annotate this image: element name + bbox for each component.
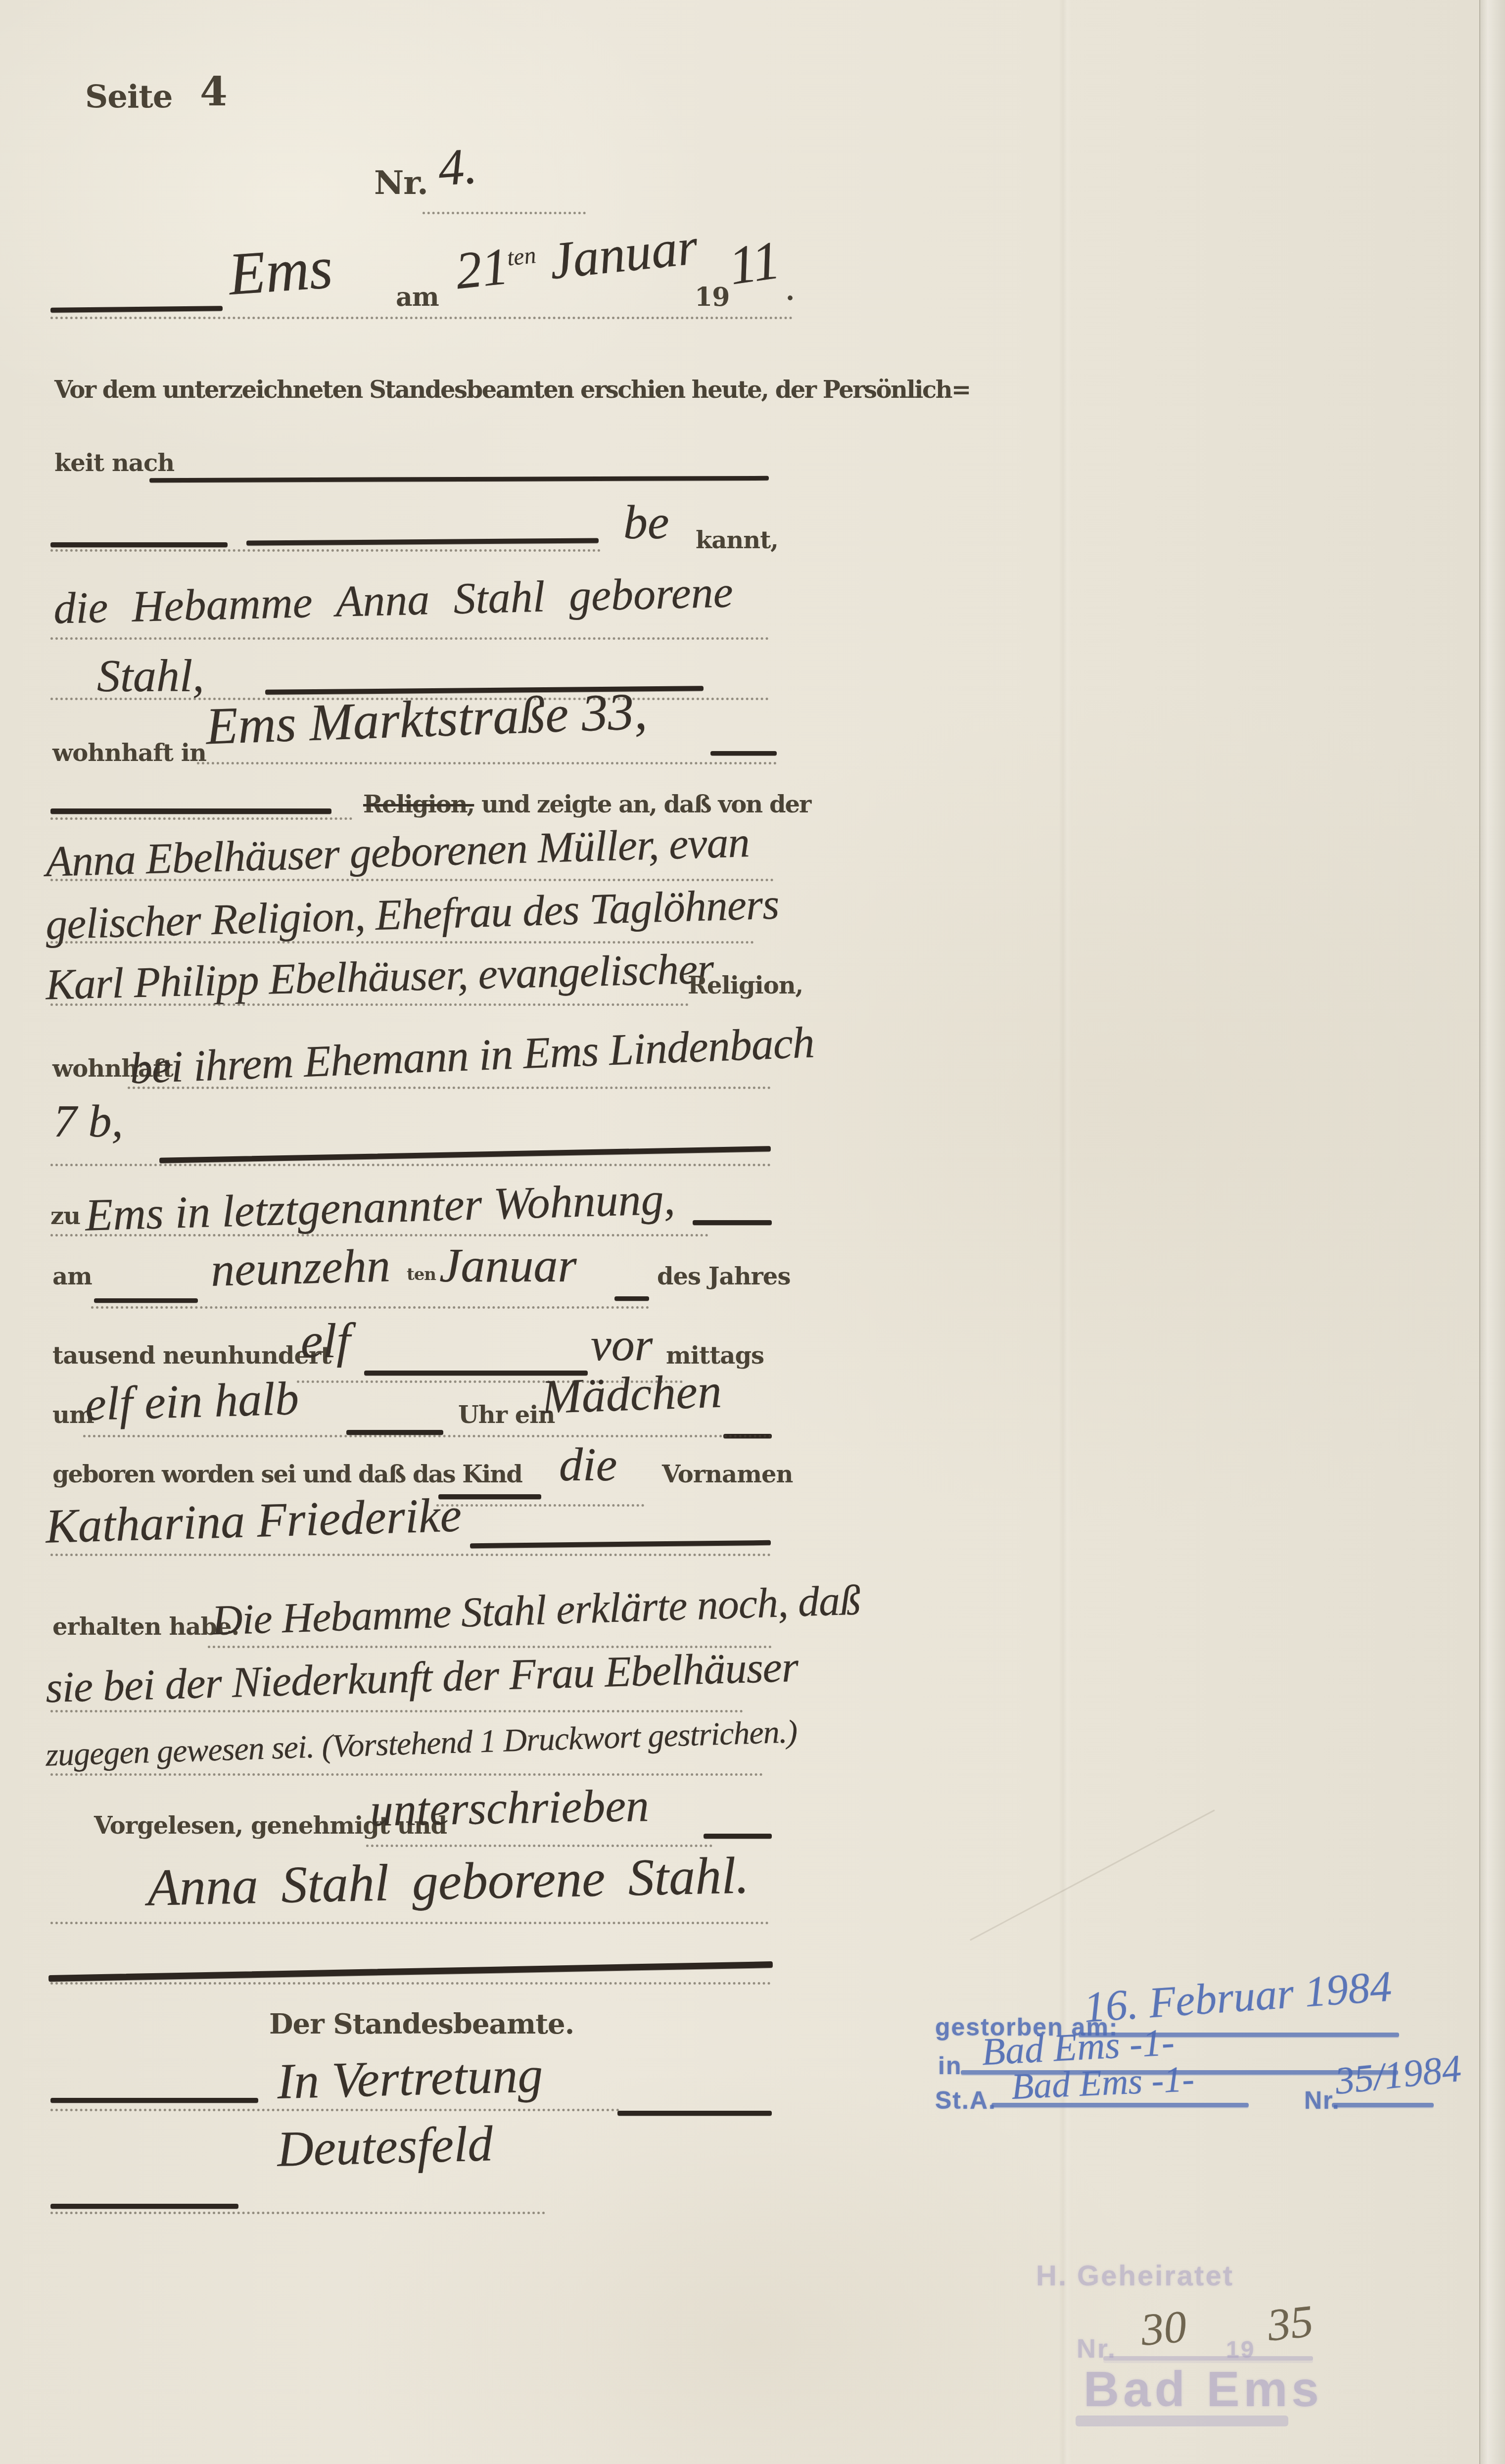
uhr-ein-label: Uhr ein xyxy=(458,1401,555,1429)
ten-suffix-label: ten xyxy=(407,1265,436,1284)
registrar-signature: Deutesfeld xyxy=(277,2115,494,2178)
die-handwritten: die xyxy=(559,1437,617,1492)
declarant-signature: Anna Stahl geborene Stahl. xyxy=(147,1845,750,1918)
ink-filler-line xyxy=(50,306,223,313)
zeigte-an-label: und zeigte an, daß von der xyxy=(481,791,810,818)
intro-line-1: Vor dem unterzeichneten Standesbeamten e… xyxy=(54,376,970,404)
year-handwritten: 11 xyxy=(725,229,784,298)
des-jahres-label: des Jahres xyxy=(657,1263,790,1290)
child-sex-handwritten: Mädchen xyxy=(540,1364,722,1425)
dotted-rule xyxy=(50,2212,545,2214)
birth-time-handwritten: elf ein halb xyxy=(85,1371,300,1431)
in-vertretung-handwritten: In Vertretung xyxy=(277,2046,544,2111)
ink-filler-line xyxy=(50,808,331,814)
midwife-surname-handwritten: Stahl, xyxy=(97,649,204,703)
dotted-rule xyxy=(50,1234,708,1236)
birth-day-handwritten: neunzehn xyxy=(210,1237,391,1297)
dotted-rule xyxy=(83,1435,772,1437)
record-number-handwritten: 4. xyxy=(436,136,479,197)
year-prefix-printed: 19 xyxy=(695,282,729,312)
stamp-underline-bar xyxy=(1076,2416,1288,2426)
dotted-rule xyxy=(50,317,793,319)
ink-filler-line xyxy=(50,2204,238,2209)
day-number: 21 xyxy=(453,237,511,300)
dotted-rule xyxy=(50,1773,763,1776)
be-handwritten: be xyxy=(623,495,669,550)
ink-filler-line xyxy=(246,538,599,546)
dotted-rule xyxy=(50,1982,771,1985)
dotted-rule xyxy=(50,1922,769,1924)
midwife-name-handwritten: die Hebamme Anna Stahl geborene xyxy=(53,567,734,634)
given-names-handwritten: Katharina Friederike xyxy=(45,1487,463,1554)
ink-filler-line xyxy=(94,1298,198,1303)
dotted-rule xyxy=(197,762,777,764)
period: . xyxy=(786,276,794,306)
day-suffix: ten xyxy=(506,242,537,271)
ink-filler-line xyxy=(710,751,777,756)
dotted-rule xyxy=(50,941,754,944)
stamp-rule xyxy=(1332,2103,1434,2107)
nr-label: Nr. xyxy=(1304,2086,1340,2115)
marriage-number-handwritten: 30 xyxy=(1139,2300,1189,2356)
page-right-edge xyxy=(1479,0,1505,2464)
ink-filler-line xyxy=(693,1220,772,1225)
birth-month-handwritten: Januar xyxy=(439,1238,577,1293)
ink-filler-line xyxy=(470,1540,771,1548)
standesamt-office-handwritten: Bad Ems -1- xyxy=(1010,2058,1195,2108)
mother-line1-handwritten: Anna Ebelhäuser geborenen Müller, evan xyxy=(45,817,750,887)
mother-line2-handwritten: gelischer Religion, Ehefrau des Taglöhne… xyxy=(45,879,780,949)
marriage-year-handwritten: 35 xyxy=(1265,2294,1316,2351)
zu-label: zu xyxy=(50,1202,80,1230)
am-label: am xyxy=(396,282,439,312)
year-word-handwritten: elf xyxy=(301,1312,350,1369)
ink-filler-line xyxy=(614,1296,649,1301)
dotted-rule xyxy=(128,1087,771,1089)
standesamt-label: St.A. xyxy=(935,2086,996,2115)
ink-filler-line xyxy=(50,2098,258,2103)
declaration-line1-handwritten: Die Hebamme Stahl erklärte noch, daß xyxy=(211,1575,861,1645)
in-label: in xyxy=(938,2051,962,2080)
ink-filler-line xyxy=(50,542,228,547)
dotted-rule xyxy=(50,1164,771,1166)
diagonal-paper-crease xyxy=(970,1809,1215,1941)
dotted-rule xyxy=(50,1554,771,1556)
ink-closing-line xyxy=(48,1961,773,1982)
marriage-note-stamp: H. Geheiratet Nr. 30 19 35 Bad Ems xyxy=(1029,2259,1336,2427)
unterschrieben-handwritten: unterschrieben xyxy=(370,1779,650,1837)
place-handwritten: Ems xyxy=(226,233,334,309)
dotted-rule xyxy=(91,1306,649,1309)
dotted-rule xyxy=(50,879,774,881)
geboren-label: geboren worden sei und daß das Kind xyxy=(52,1461,522,1488)
seite-label: Seite xyxy=(85,78,173,115)
vornamen-label: Vornamen xyxy=(662,1461,793,1488)
dotted-rule xyxy=(423,212,586,214)
father-residence-handwritten: bei ihrem Ehemann in Ems Lindenbach xyxy=(129,1017,815,1094)
religion-announcement-line: Religion, und zeigte an, daß von der xyxy=(363,791,810,818)
religion-struck-label: Religion, xyxy=(363,791,474,818)
ink-filler-line xyxy=(617,2111,772,2116)
am-label: am xyxy=(52,1263,92,1290)
dotted-rule xyxy=(50,1003,689,1006)
page-number: 4 xyxy=(200,68,227,115)
dotted-rule xyxy=(50,637,769,640)
religion-label: Religion, xyxy=(688,972,803,999)
declaration-line3-handwritten: zugegen gewesen sei. (Vorstehend 1 Druck… xyxy=(45,1713,798,1774)
bad-ems-label: Bad Ems xyxy=(1083,2361,1323,2418)
house-number-handwritten: 7 b, xyxy=(53,1094,123,1148)
tausend-neunhundert-label: tausend neunhundert xyxy=(52,1342,331,1370)
father-name-handwritten: Karl Philipp Ebelhäuser, evangelischer xyxy=(45,944,714,1010)
dotted-rule xyxy=(50,549,601,552)
wohnhaft-in-label: wohnhaft in xyxy=(52,739,206,767)
death-registration-stamp: gestorben am: 16. Februar 1984 in Bad Em… xyxy=(930,1969,1455,2118)
erhalten-habe-label: erhalten habe. xyxy=(52,1613,239,1641)
registry-document-page: Seite 4 Nr. 4. Ems am 21ten Januar 19 11… xyxy=(0,0,1505,2464)
standesbeamte-label: Der Standesbeamte. xyxy=(269,2008,574,2040)
birthplace-handwritten: Ems in letztgenannter Wohnung, xyxy=(85,1172,676,1241)
dotted-rule xyxy=(436,1504,644,1507)
ink-filler-line xyxy=(346,1430,443,1435)
dotted-rule xyxy=(50,2109,619,2111)
geheiratet-label: H. Geheiratet xyxy=(1036,2259,1234,2292)
intro-line-2: keit nach xyxy=(54,449,174,477)
dotted-rule xyxy=(50,1710,743,1712)
vor-handwritten: vor xyxy=(591,1318,653,1372)
date-handwritten: 21ten Januar xyxy=(453,216,701,302)
stamp-rule xyxy=(991,2103,1249,2107)
month-name: Januar xyxy=(547,217,701,290)
ink-filler-line xyxy=(159,1146,771,1163)
dotted-rule xyxy=(50,817,352,820)
declaration-line2-handwritten: sie bei der Niederkunft der Frau Ebelhäu… xyxy=(45,1642,799,1713)
ink-filler-line xyxy=(149,476,769,482)
stamp-rule xyxy=(1103,2356,1313,2361)
death-register-number-handwritten: 35/1984 xyxy=(1333,2046,1463,2103)
kannt-label: kannt, xyxy=(696,526,778,554)
nr-label: Nr. xyxy=(374,163,428,202)
ink-filler-line xyxy=(704,1834,772,1839)
